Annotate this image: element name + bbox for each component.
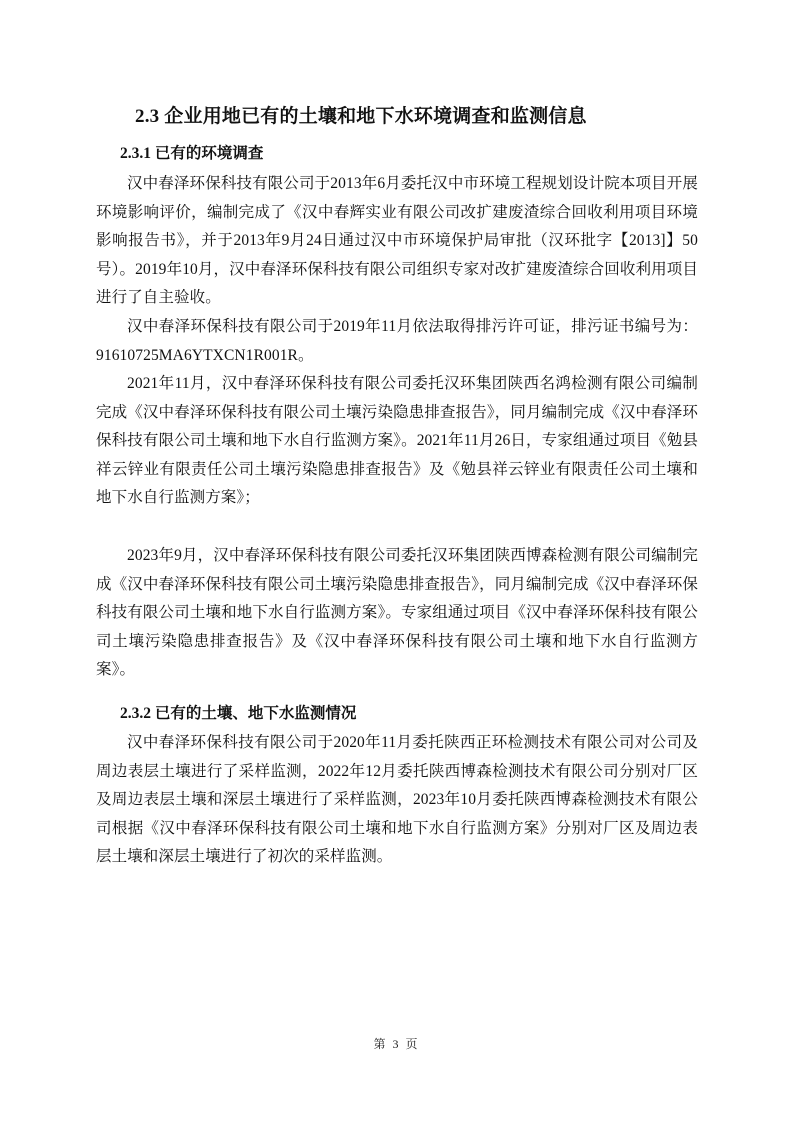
subsection-heading-existing-survey: 2.3.1 已有的环境调查	[120, 141, 263, 163]
paragraph-monitoring-history: 汉中春泽环保科技有限公司于2020年11月委托陕西正环检测技术有限公司对公司及周…	[96, 729, 698, 872]
paragraph-2021-survey: 2021年11月，汉中春泽环保科技有限公司委托汉环集团陕西名鸿检测有限公司编制完…	[96, 370, 698, 513]
paragraph-eia-history: 汉中春泽环保科技有限公司于2013年6月委托汉中市环境工程规划设计院本项目开展环…	[96, 170, 698, 313]
page-number: 第 3 页	[0, 1035, 793, 1052]
document-page: 2.3 企业用地已有的土壤和地下水环境调查和监测信息 2.3.1 已有的环境调查…	[0, 0, 793, 1122]
paragraph-discharge-permit: 汉中春泽环保科技有限公司于2019年11月依法取得排污许可证，排污证书编号为：9…	[96, 313, 698, 370]
subsection-heading-monitoring: 2.3.2 已有的土壤、地下水监测情况	[120, 701, 356, 723]
paragraph-2023-survey: 2023年9月，汉中春泽环保科技有限公司委托汉环集团陕西博森检测有限公司编制完成…	[96, 542, 698, 685]
section-heading: 2.3 企业用地已有的土壤和地下水环境调查和监测信息	[135, 101, 587, 128]
